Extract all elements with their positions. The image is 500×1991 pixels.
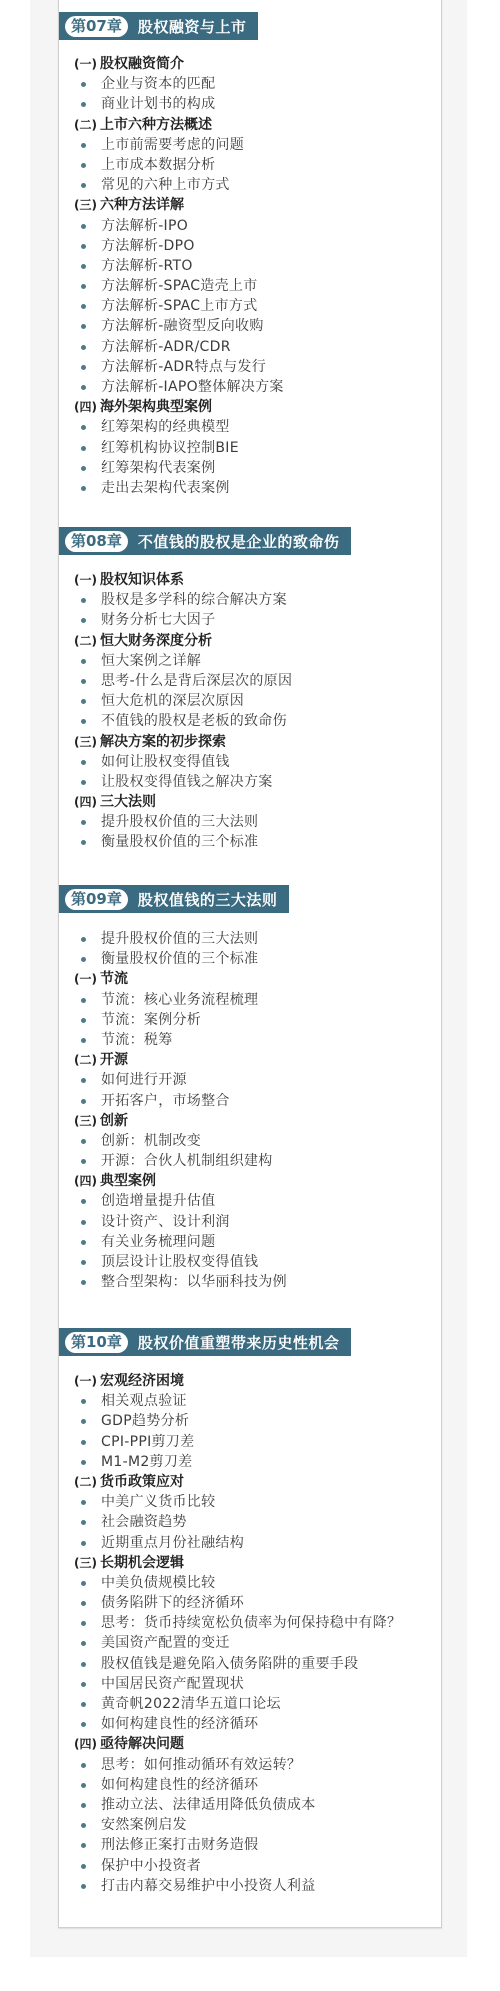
bullet-dot-icon (81, 224, 86, 229)
list-item: 债务陷阱下的经济循环 (59, 1593, 401, 1613)
list-item: 创新：机制改变 (59, 1131, 287, 1151)
bullet-dot-icon (81, 1641, 86, 1646)
chapter-title: 股权值钱的三大法则 (138, 889, 278, 910)
list-item: 衡量股权价值的三个标准 (59, 832, 292, 852)
list-item-text: 方法解析-SPAC造壳上市 (101, 278, 258, 294)
list-item-text: 衡量股权价值的三个标准 (101, 834, 258, 850)
list-item-text: 如何让股权变得值钱 (101, 754, 230, 770)
syllabus-card: 第07章 股权融资与上市 (一)股权融资简介企业与资本的匹配商业计划书的构成(二… (58, 0, 442, 1928)
list-item: 不值钱的股权是老板的致命伤 (59, 711, 292, 731)
bullet-dot-icon (81, 82, 86, 87)
chapter-08: 第08章 不值钱的股权是企业的致命伤 (59, 527, 351, 555)
list-item: 刑法修正案打击财务造假 (59, 1835, 401, 1855)
list-item: 整合型架构：以华丽科技为例 (59, 1272, 287, 1292)
list-item-text: 安然案例启发 (101, 1817, 187, 1833)
list-item-text: 股权是多学科的综合解决方案 (101, 592, 287, 608)
section-heading: (一)股权融资简介 (59, 54, 284, 74)
list-item-text: 财务分析七大因子 (101, 612, 215, 628)
chapter-07: 第07章 股权融资与上市 (59, 12, 258, 40)
bullet-dot-icon (81, 760, 86, 765)
list-item-text: 思考-什么是背后深层次的原因 (101, 673, 292, 689)
list-item-text: 红筹机构协议控制BIE (101, 440, 239, 456)
list-item-text: 方法解析-融资型反向收购 (101, 318, 264, 334)
section-title: 海外架构典型案例 (100, 399, 212, 415)
list-item: 财务分析七大因子 (59, 610, 292, 630)
list-item-text: 方法解析-DPO (101, 238, 195, 254)
list-item: 美国资产配置的变迁 (59, 1633, 401, 1653)
list-item-text: 创造增量提升估值 (101, 1193, 215, 1209)
chapter-title: 股权融资与上市 (138, 16, 247, 37)
list-item-text: 整合型架构：以华丽科技为例 (101, 1274, 287, 1290)
list-item: 开拓客户，市场整合 (59, 1091, 287, 1111)
list-item-text: 开拓客户，市场整合 (101, 1093, 230, 1109)
section-heading: (四)海外架构典型案例 (59, 397, 284, 417)
chapter-number-badge: 第10章 (65, 1332, 128, 1353)
list-item-text: 红筹架构的经典模型 (101, 419, 230, 435)
list-item-text: 思考：货币持续宽松负债率为何保持稳中有降？ (101, 1615, 401, 1631)
chapter-07-outline: (一)股权融资简介企业与资本的匹配商业计划书的构成(二)上市六种方法概述上市前需… (59, 54, 284, 498)
bullet-dot-icon (81, 1823, 86, 1828)
list-item: 有关业务梳理问题 (59, 1232, 287, 1252)
list-item-text: 开源：合伙人机制组织建构 (101, 1153, 273, 1169)
section-heading: (一)宏观经济困境 (59, 1371, 401, 1391)
section-title: 亟待解决问题 (100, 1736, 184, 1752)
bullet-dot-icon (81, 1843, 86, 1848)
section-number: (四) (74, 397, 100, 417)
chapter-10: 第10章 股权价值重塑带来历史性机会 (59, 1328, 351, 1356)
list-item-text: 如何构建良性的经济循环 (101, 1716, 258, 1732)
bullet-dot-icon (81, 1601, 86, 1606)
chapter-number-badge: 第07章 (65, 16, 128, 37)
list-item-text: 提升股权价值的三大法则 (101, 814, 258, 830)
chapter-number-badge: 第09章 (65, 889, 128, 910)
list-item: 红筹架构代表案例 (59, 458, 284, 478)
bullet-dot-icon (81, 957, 86, 962)
chapter-09: 第09章 股权值钱的三大法则 (59, 885, 289, 913)
list-item: 相关观点验证 (59, 1391, 401, 1411)
bullet-dot-icon (81, 1500, 86, 1505)
bullet-dot-icon (81, 1199, 86, 1204)
list-item: 社会融资趋势 (59, 1512, 401, 1532)
list-item: 设计资产、设计利润 (59, 1212, 287, 1232)
list-item: 节流：税筹 (59, 1030, 287, 1050)
list-item-text: 上市成本数据分析 (101, 157, 215, 173)
list-item-text: 上市前需要考虑的问题 (101, 137, 244, 153)
bullet-dot-icon (81, 1440, 86, 1445)
list-item: 保护中小投资者 (59, 1856, 401, 1876)
section-title: 货币政策应对 (100, 1474, 184, 1490)
list-item: 思考-什么是背后深层次的原因 (59, 671, 292, 691)
list-item: 顶层设计让股权变得值钱 (59, 1252, 287, 1272)
list-item: 方法解析-IAPO整体解决方案 (59, 377, 284, 397)
list-item: 节流：案例分析 (59, 1010, 287, 1030)
section-number: (二) (74, 115, 100, 135)
section-heading: (二)货币政策应对 (59, 1472, 401, 1492)
list-item: 上市成本数据分析 (59, 155, 284, 175)
section-heading: (三)长期机会逻辑 (59, 1553, 401, 1573)
list-item: 红筹架构的经典模型 (59, 417, 284, 437)
list-item: 企业与资本的匹配 (59, 74, 284, 94)
list-item: 黄奇帆2022清华五道口论坛 (59, 1694, 401, 1714)
bullet-dot-icon (81, 244, 86, 249)
list-item: 中国居民资产配置现状 (59, 1674, 401, 1694)
list-item-text: 红筹架构代表案例 (101, 460, 215, 476)
section-number: (一) (74, 54, 100, 74)
section-title: 开源 (100, 1052, 128, 1068)
list-item: 节流：核心业务流程梳理 (59, 990, 287, 1010)
list-item: 提升股权价值的三大法则 (59, 929, 287, 949)
list-item-text: CPI-PPI剪刀差 (101, 1434, 194, 1450)
list-item-text: 节流：税筹 (101, 1032, 173, 1048)
bullet-dot-icon (81, 1702, 86, 1707)
bullet-dot-icon (81, 1399, 86, 1404)
list-item: 如何让股权变得值钱 (59, 752, 292, 772)
bullet-dot-icon (81, 1419, 86, 1424)
chapter-header: 第10章 股权价值重塑带来历史性机会 (59, 1328, 351, 1356)
list-item: M1-M2剪刀差 (59, 1452, 401, 1472)
section-title: 解决方案的初步探索 (100, 734, 226, 750)
section-title: 创新 (100, 1113, 128, 1129)
section-heading: (四)亟待解决问题 (59, 1734, 401, 1754)
section-title: 节流 (100, 971, 128, 987)
bullet-dot-icon (81, 679, 86, 684)
section-heading: (一)股权知识体系 (59, 570, 292, 590)
list-item: 方法解析-融资型反向收购 (59, 316, 284, 336)
list-item-text: 走出去架构代表案例 (101, 480, 230, 496)
bullet-dot-icon (81, 324, 86, 329)
bullet-dot-icon (81, 486, 86, 491)
list-item-text: 恒大案例之详解 (101, 653, 201, 669)
bullet-dot-icon (81, 1803, 86, 1808)
chapter-header: 第07章 股权融资与上市 (59, 12, 258, 40)
bullet-dot-icon (81, 1621, 86, 1626)
list-item-text: 方法解析-ADR/CDR (101, 339, 231, 355)
bullet-dot-icon (81, 1240, 86, 1245)
list-item: 推动立法、法律适用降低负债成本 (59, 1795, 401, 1815)
bullet-dot-icon (81, 284, 86, 289)
list-item: 恒大案例之详解 (59, 651, 292, 671)
list-item: 方法解析-ADR特点与发行 (59, 357, 284, 377)
bullet-dot-icon (81, 1139, 86, 1144)
bullet-dot-icon (81, 1280, 86, 1285)
section-number: (一) (74, 1371, 100, 1391)
section-heading: (二)恒大财务深度分析 (59, 631, 292, 651)
list-item-text: 近期重点月份社融结构 (101, 1535, 244, 1551)
list-item: 股权是多学科的综合解决方案 (59, 590, 292, 610)
list-item-text: 让股权变得值钱之解决方案 (101, 774, 273, 790)
section-title: 长期机会逻辑 (100, 1555, 184, 1571)
bullet-dot-icon (81, 183, 86, 188)
list-item-text: 商业计划书的构成 (101, 96, 215, 112)
list-item: 商业计划书的构成 (59, 94, 284, 114)
section-title: 宏观经济困境 (100, 1373, 184, 1389)
list-item-text: 如何构建良性的经济循环 (101, 1777, 258, 1793)
section-title: 三大法则 (100, 794, 156, 810)
bullet-dot-icon (81, 446, 86, 451)
list-item-text: 债务陷阱下的经济循环 (101, 1595, 244, 1611)
list-item: 方法解析-ADR/CDR (59, 337, 284, 357)
list-item: 上市前需要考虑的问题 (59, 135, 284, 155)
list-item: 红筹机构协议控制BIE (59, 438, 284, 458)
bullet-dot-icon (81, 1884, 86, 1889)
list-item: 如何构建良性的经济循环 (59, 1714, 401, 1734)
bullet-dot-icon (81, 659, 86, 664)
section-number: (三) (74, 1553, 100, 1573)
bullet-dot-icon (81, 998, 86, 1003)
list-item: 方法解析-RTO (59, 256, 284, 276)
list-item: 思考：货币持续宽松负债率为何保持稳中有降？ (59, 1613, 401, 1633)
list-item-text: 不值钱的股权是老板的致命伤 (101, 713, 287, 729)
bullet-dot-icon (81, 304, 86, 309)
list-item: 衡量股权价值的三个标准 (59, 949, 287, 969)
list-item: 如何进行开源 (59, 1070, 287, 1090)
section-title: 六种方法详解 (100, 197, 184, 213)
chapter-header: 第09章 股权值钱的三大法则 (59, 885, 289, 913)
section-number: (四) (74, 1734, 100, 1754)
chapter-title: 股权价值重塑带来历史性机会 (138, 1332, 340, 1353)
list-item: 让股权变得值钱之解决方案 (59, 772, 292, 792)
bullet-dot-icon (81, 1682, 86, 1687)
list-item-text: 中国居民资产配置现状 (101, 1676, 244, 1692)
list-item-text: 如何进行开源 (101, 1072, 187, 1088)
list-item: 方法解析-SPAC造壳上市 (59, 276, 284, 296)
bullet-dot-icon (81, 1159, 86, 1164)
list-item: CPI-PPI剪刀差 (59, 1432, 401, 1452)
section-heading: (四)典型案例 (59, 1171, 287, 1191)
list-item: 方法解析-IPO (59, 216, 284, 236)
section-number: (二) (74, 1050, 100, 1070)
list-item: 走出去架构代表案例 (59, 478, 284, 498)
bullet-dot-icon (81, 385, 86, 390)
bullet-dot-icon (81, 1541, 86, 1546)
section-number: (一) (74, 969, 100, 989)
section-number: (四) (74, 1171, 100, 1191)
chapter-08-outline: (一)股权知识体系股权是多学科的综合解决方案财务分析七大因子(二)恒大财务深度分… (59, 570, 292, 853)
bullet-dot-icon (81, 1864, 86, 1869)
list-item-text: 有关业务梳理问题 (101, 1234, 215, 1250)
bullet-dot-icon (81, 719, 86, 724)
list-item-text: 方法解析-IPO (101, 218, 188, 234)
bullet-dot-icon (81, 1581, 86, 1586)
list-item-text: 美国资产配置的变迁 (101, 1635, 230, 1651)
section-heading: (四)三大法则 (59, 792, 292, 812)
list-item: 思考：如何推动循环有效运转？ (59, 1755, 401, 1775)
bullet-dot-icon (81, 1783, 86, 1788)
list-item: 安然案例启发 (59, 1815, 401, 1835)
list-item-text: 企业与资本的匹配 (101, 76, 215, 92)
list-item: 创造增量提升估值 (59, 1191, 287, 1211)
list-item-text: 方法解析-ADR特点与发行 (101, 359, 266, 375)
section-number: (四) (74, 792, 100, 812)
bullet-dot-icon (81, 1763, 86, 1768)
list-item-text: 设计资产、设计利润 (101, 1214, 230, 1230)
bullet-dot-icon (81, 365, 86, 370)
list-item-text: 保护中小投资者 (101, 1858, 201, 1874)
list-item: 如何构建良性的经济循环 (59, 1775, 401, 1795)
bullet-dot-icon (81, 598, 86, 603)
list-item: 近期重点月份社融结构 (59, 1533, 401, 1553)
list-item-text: 方法解析-SPAC上市方式 (101, 298, 258, 314)
section-title: 典型案例 (100, 1173, 156, 1189)
chapter-number-badge: 第08章 (65, 531, 128, 552)
list-item-text: 打击内幕交易维护中小投资人利益 (101, 1878, 316, 1894)
list-item-text: 节流：案例分析 (101, 1012, 201, 1028)
list-item: 中美负债规模比较 (59, 1573, 401, 1593)
list-item: 常见的六种上市方式 (59, 175, 284, 195)
section-number: (三) (74, 732, 100, 752)
bullet-dot-icon (81, 840, 86, 845)
section-heading: (二)上市六种方法概述 (59, 115, 284, 135)
list-item-text: 常见的六种上市方式 (101, 177, 230, 193)
section-heading: (三)六种方法详解 (59, 195, 284, 215)
bullet-dot-icon (81, 1260, 86, 1265)
bullet-dot-icon (81, 780, 86, 785)
bullet-dot-icon (81, 345, 86, 350)
list-item-text: 思考：如何推动循环有效运转？ (101, 1757, 301, 1773)
list-item: 方法解析-SPAC上市方式 (59, 296, 284, 316)
bullet-dot-icon (81, 1520, 86, 1525)
section-heading: (三)解决方案的初步探索 (59, 732, 292, 752)
list-item: 中美广义货币比较 (59, 1492, 401, 1512)
list-item-text: 顶层设计让股权变得值钱 (101, 1254, 258, 1270)
bullet-dot-icon (81, 1018, 86, 1023)
bullet-dot-icon (81, 820, 86, 825)
list-item-text: 股权值钱是避免陷入债务陷阱的重要手段 (101, 1656, 358, 1672)
list-item: 提升股权价值的三大法则 (59, 812, 292, 832)
bullet-dot-icon (81, 143, 86, 148)
section-title: 股权融资简介 (100, 56, 184, 72)
section-title: 上市六种方法概述 (100, 117, 212, 133)
list-item-text: 衡量股权价值的三个标准 (101, 951, 258, 967)
bullet-dot-icon (81, 425, 86, 430)
section-heading: (二)开源 (59, 1050, 287, 1070)
list-item: 打击内幕交易维护中小投资人利益 (59, 1876, 401, 1896)
list-item-text: 中美广义货币比较 (101, 1494, 215, 1510)
bullet-dot-icon (81, 1722, 86, 1727)
bullet-dot-icon (81, 937, 86, 942)
section-number: (三) (74, 1111, 100, 1131)
section-title: 恒大财务深度分析 (100, 633, 212, 649)
list-item-text: 方法解析-IAPO整体解决方案 (101, 379, 284, 395)
list-item-text: 提升股权价值的三大法则 (101, 931, 258, 947)
chapter-title: 不值钱的股权是企业的致命伤 (138, 531, 340, 552)
bullet-dot-icon (81, 163, 86, 168)
list-item-text: 恒大危机的深层次原因 (101, 693, 244, 709)
section-number: (一) (74, 570, 100, 590)
bullet-dot-icon (81, 264, 86, 269)
bullet-dot-icon (81, 1460, 86, 1465)
section-title: 股权知识体系 (100, 572, 184, 588)
bullet-dot-icon (81, 1078, 86, 1083)
bullet-dot-icon (81, 1099, 86, 1104)
section-number: (三) (74, 195, 100, 215)
bullet-dot-icon (81, 466, 86, 471)
bullet-dot-icon (81, 102, 86, 107)
list-item-text: 黄奇帆2022清华五道口论坛 (101, 1696, 281, 1712)
chapter-header: 第08章 不值钱的股权是企业的致命伤 (59, 527, 351, 555)
list-item-text: 创新：机制改变 (101, 1133, 201, 1149)
chapter-09-outline: 提升股权价值的三大法则衡量股权价值的三个标准(一)节流节流：核心业务流程梳理节流… (59, 929, 287, 1292)
section-heading: (三)创新 (59, 1111, 287, 1131)
list-item-text: 社会融资趋势 (101, 1514, 187, 1530)
list-item-text: 刑法修正案打击财务造假 (101, 1837, 258, 1853)
list-item-text: GDP趋势分析 (101, 1413, 189, 1429)
bullet-dot-icon (81, 1662, 86, 1667)
bullet-dot-icon (81, 1038, 86, 1043)
list-item-text: 节流：核心业务流程梳理 (101, 992, 258, 1008)
list-item: 恒大危机的深层次原因 (59, 691, 292, 711)
bullet-dot-icon (81, 1220, 86, 1225)
list-item: 开源：合伙人机制组织建构 (59, 1151, 287, 1171)
list-item-text: 相关观点验证 (101, 1393, 187, 1409)
bullet-dot-icon (81, 618, 86, 623)
list-item-text: 推动立法、法律适用降低负债成本 (101, 1797, 316, 1813)
bullet-dot-icon (81, 699, 86, 704)
section-number: (二) (74, 631, 100, 651)
list-item-text: 中美负债规模比较 (101, 1575, 215, 1591)
list-item: 方法解析-DPO (59, 236, 284, 256)
section-number: (二) (74, 1472, 100, 1492)
list-item: 股权值钱是避免陷入债务陷阱的重要手段 (59, 1654, 401, 1674)
chapter-10-outline: (一)宏观经济困境相关观点验证GDP趋势分析CPI-PPI剪刀差M1-M2剪刀差… (59, 1371, 401, 1896)
list-item-text: 方法解析-RTO (101, 258, 193, 274)
section-heading: (一)节流 (59, 969, 287, 989)
list-item-text: M1-M2剪刀差 (101, 1454, 192, 1470)
list-item: GDP趋势分析 (59, 1411, 401, 1431)
